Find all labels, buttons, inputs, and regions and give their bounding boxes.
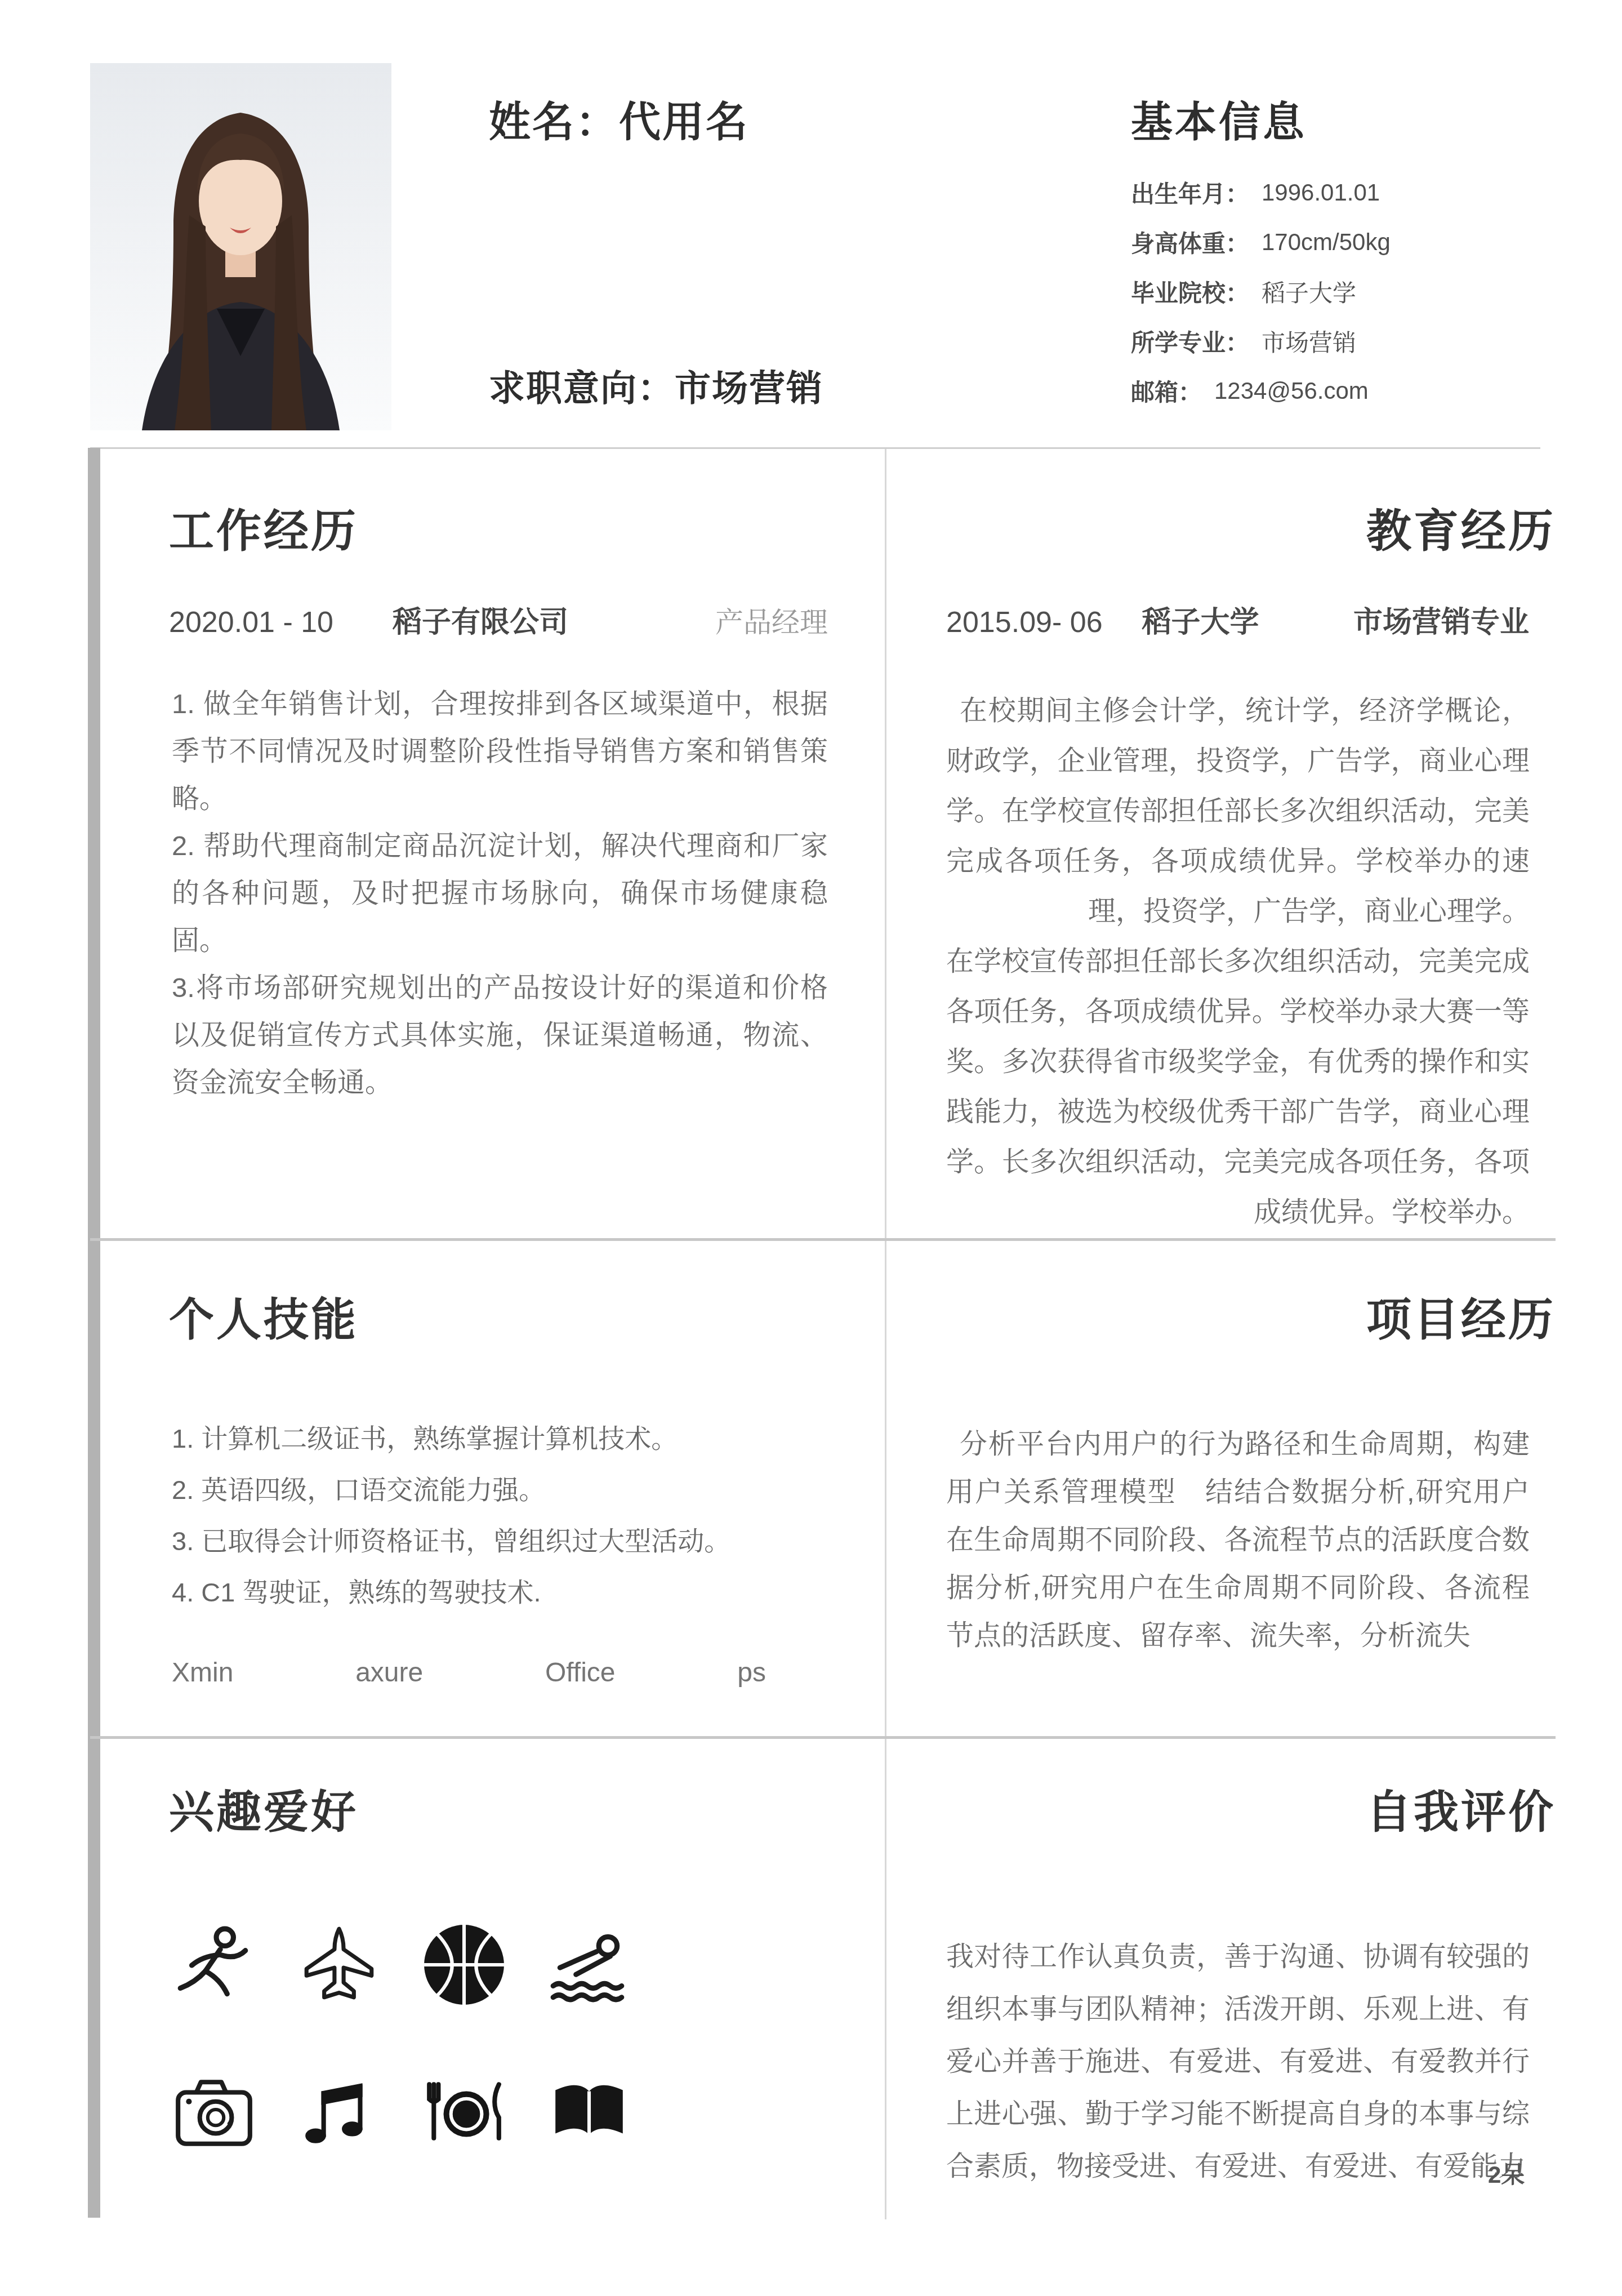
basic-info-row-height: 身高体重： 170cm/50kg — [1131, 217, 1391, 267]
basketball-icon — [421, 1922, 507, 2008]
tool-ps: ps — [737, 1657, 766, 1688]
hobby-swimming — [544, 1920, 634, 2010]
tool-office: Office — [545, 1657, 616, 1688]
hobby-music — [294, 2066, 384, 2156]
work-bullet-2: 2. 帮助代理商制定商品沉淀计划，解决代理商和厂家的各种问题，及时把握市场脉向，… — [172, 822, 828, 964]
work-description: 1. 做全年销售计划，合理按排到各区域渠道中，根据季节不同情况及时调整阶段性指导… — [172, 680, 828, 1106]
job-intention: 求职意向：市场营销 — [489, 359, 823, 411]
portrait-illustration — [90, 63, 391, 430]
resume-page: 姓名：代用名 求职意向：市场营销 基本信息 出生年月： 1996.01.01 身… — [0, 0, 1622, 2296]
airplane-icon — [296, 1922, 382, 2008]
education-school: 稻子大学 — [1142, 598, 1259, 640]
major-value: 市场营销 — [1262, 324, 1356, 358]
hobby-icons-grid — [169, 1920, 634, 2156]
basic-info-list: 出生年月： 1996.01.01 身高体重： 170cm/50kg 毕业院校： … — [1131, 168, 1391, 416]
projects-description: 分析平台内用户的行为路径和生命周期，构建用户关系管理模型 结结合数据分析,研究用… — [946, 1421, 1530, 1660]
hobby-reading — [544, 2066, 634, 2156]
projects-section-title: 项目经历 — [946, 1283, 1556, 1348]
skill-tools-row: Xmin axure Office ps — [172, 1657, 766, 1688]
dining-icon — [421, 2068, 507, 2154]
school-value: 稻子大学 — [1262, 275, 1356, 309]
basic-info-row-email: 邮箱： 1234@56.com — [1131, 366, 1391, 416]
hobby-basketball — [419, 1920, 509, 2010]
height-value: 170cm/50kg — [1262, 229, 1391, 256]
swimming-icon — [546, 1922, 632, 2008]
basic-info-row-major: 所学专业： 市场营销 — [1131, 317, 1391, 366]
camera-icon — [171, 2068, 257, 2154]
section-separator-line-2 — [90, 1736, 1556, 1739]
skill-item-3: 3. 已取得会计师资格证书，曾组织过大型活动。 — [172, 1515, 730, 1567]
evaluation-description: 我对待工作认真负责，善于沟通、协调有较强的组织本事与团队精神；活泼开朗、乐观上进… — [946, 1931, 1530, 2193]
school-label: 毕业院校： — [1131, 275, 1249, 309]
candidate-name: 姓名：代用名 — [489, 89, 749, 149]
skills-list: 1. 计算机二级证书，熟练掌握计算机技术。 2. 英语四级，口语交流能力强。 3… — [172, 1413, 730, 1618]
music-icon — [296, 2068, 382, 2154]
major-label: 所学专业： — [1131, 324, 1249, 358]
hobby-travel — [294, 1920, 384, 2010]
hobby-running — [169, 1920, 259, 2010]
basic-info-title: 基本信息 — [1131, 89, 1307, 149]
hobby-photography — [169, 2066, 259, 2156]
clipped-watermark-text: 2呆 — [1488, 2156, 1525, 2190]
education-description: 在校期间主修会计学，统计学，经济学概论，财政学，企业管理，投资学，广告学，商业心… — [946, 686, 1530, 1238]
education-date: 2015.09- 06 — [946, 606, 1103, 639]
basic-info-row-birth: 出生年月： 1996.01.01 — [1131, 168, 1391, 217]
education-major: 市场营销专业 — [1353, 598, 1529, 640]
profile-photo — [90, 63, 391, 430]
education-paragraph-1: 在校期间主修会计学，统计学，经济学概论，财政学，企业管理，投资学，广告学，商业心… — [946, 686, 1530, 937]
education-paragraph-2: 在学校宣传部担任部长多次组织活动，完美完成各项任务，各项成绩优异。学校举办录大赛… — [946, 937, 1530, 1238]
email-label: 邮箱： — [1131, 374, 1202, 408]
hobbies-section-title: 兴趣爱好 — [169, 1776, 358, 1840]
tool-xmin: Xmin — [172, 1657, 233, 1688]
column-divider-line — [885, 449, 886, 2219]
work-date: 2020.01 - 10 — [169, 606, 333, 639]
left-accent-bar — [88, 448, 100, 2218]
header-divider-line — [90, 447, 1540, 449]
section-separator-line-1 — [90, 1238, 1556, 1241]
skill-item-4: 4. C1 驾驶证，熟练的驾驶技术. — [172, 1567, 730, 1618]
hobby-dining — [419, 2066, 509, 2156]
reading-icon — [546, 2068, 632, 2154]
education-section-title: 教育经历 — [946, 495, 1556, 559]
evaluation-section-title: 自我评价 — [946, 1776, 1556, 1840]
basic-info-row-school: 毕业院校： 稻子大学 — [1131, 267, 1391, 317]
tool-axure: axure — [355, 1657, 423, 1688]
work-company: 稻子有限公司 — [393, 598, 568, 640]
skill-item-1: 1. 计算机二级证书，熟练掌握计算机技术。 — [172, 1413, 730, 1464]
skills-section-title: 个人技能 — [169, 1283, 358, 1348]
height-label: 身高体重： — [1131, 225, 1249, 259]
education-meta-row: 2015.09- 06 稻子大学 市场营销专业 — [946, 598, 1529, 640]
email-value: 1234@56.com — [1214, 377, 1369, 404]
birth-label: 出生年月： — [1131, 176, 1249, 210]
work-bullet-3: 3.将市场部研究规划出的产品按设计好的渠道和价格以及促销宣传方式具体实施，保证渠… — [172, 964, 828, 1106]
work-meta-row: 2020.01 - 10 稻子有限公司 产品经理 — [169, 598, 828, 640]
work-bullet-1: 1. 做全年销售计划，合理按排到各区域渠道中，根据季节不同情况及时调整阶段性指导… — [172, 680, 828, 822]
birth-value: 1996.01.01 — [1262, 179, 1380, 206]
running-icon — [171, 1922, 257, 2008]
work-position: 产品经理 — [715, 600, 828, 640]
work-section-title: 工作经历 — [169, 495, 358, 559]
skill-item-2: 2. 英语四级，口语交流能力强。 — [172, 1464, 730, 1515]
